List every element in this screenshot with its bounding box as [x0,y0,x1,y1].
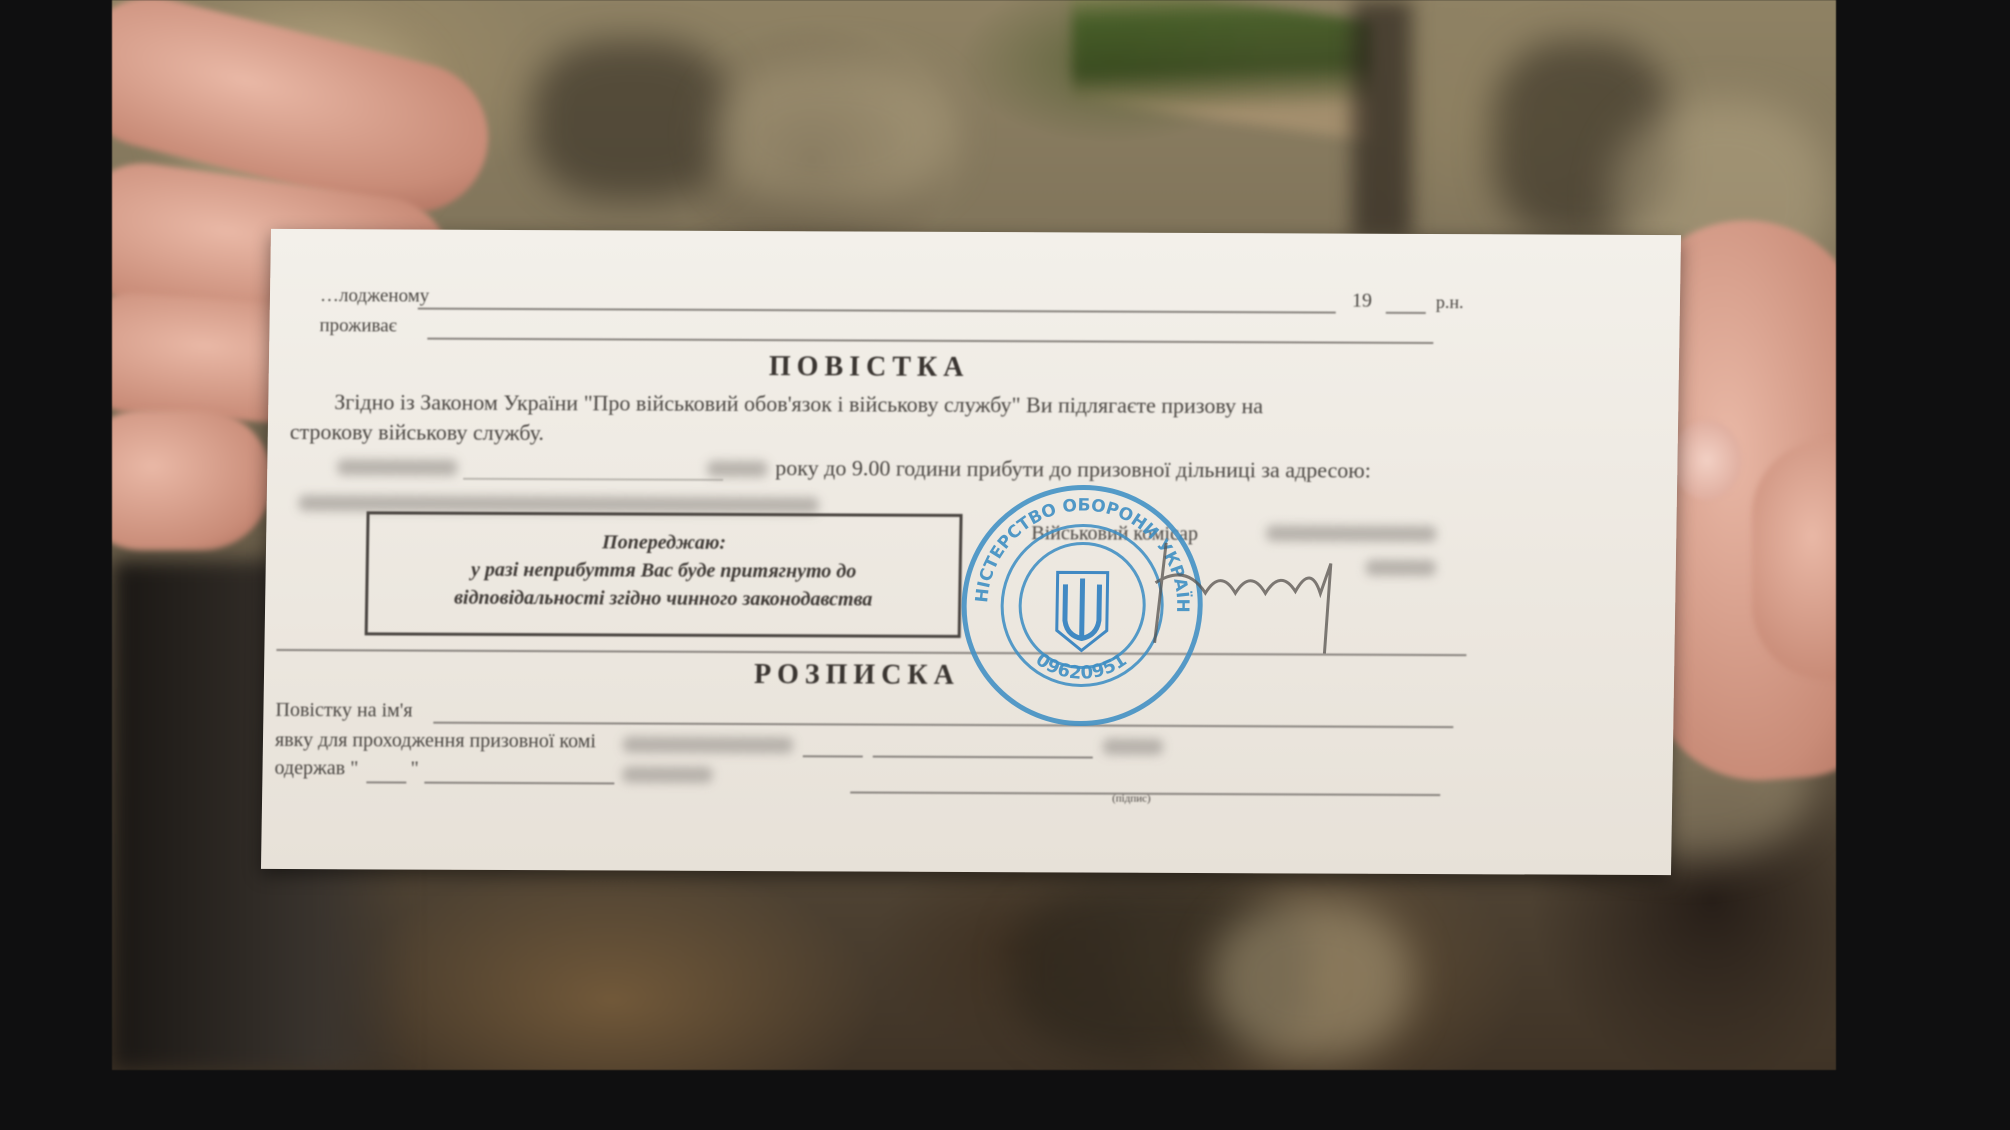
receipt-day-line [803,755,863,757]
redacted-year [1103,739,1163,755]
warning-line-2: відповідальності згідно чинного законода… [368,586,958,612]
header-label-2: проживає [319,315,397,337]
receipt-title: РОЗПИСКА [754,659,960,692]
receipt-line-3: одержав " [274,757,358,780]
body-line-1: Згідно із Законом України "Про військови… [334,389,1263,419]
receipt-name-line [433,722,1453,728]
receipt-received-day-line [366,781,406,783]
birth-year-prefix: 19 [1352,290,1372,313]
redacted-year [707,461,767,477]
date-line [463,478,723,481]
warning-box: Попереджаю: у разі неприбуття Вас буде п… [365,511,963,638]
right-hand-finger [1752,440,1836,680]
camo-patch [712,60,952,210]
header-line-2 [427,338,1433,344]
fingernail [1672,420,1742,500]
uniform-patch [1072,0,1372,141]
summons-document: …лодженому 19 р.н. проживає ПОВІСТКА Згі… [261,229,1681,875]
receipt-quote: " [410,758,419,781]
header-label-1: …лодженому [320,285,430,307]
body-line-3: року до 9.00 години прибути до призовної… [775,455,1371,484]
redacted-receipt-info [623,736,793,753]
camo-patch [1212,900,1412,1060]
redacted-date [337,459,457,476]
header-line-1 [418,308,1336,314]
warning-heading: Попереджаю: [369,530,959,556]
receipt-line-1: Повістку на ім'я [275,699,412,723]
camo-patch [532,40,732,200]
birth-year-suffix: р.н. [1436,292,1464,313]
receipt-month-line [873,756,1093,759]
redacted-year [622,766,712,782]
left-hand-palm [112,410,272,550]
uniform-strap [1352,0,1412,240]
signature-caption: (підпис) [1112,793,1151,805]
receipt-line-2: явку для проходження призовної комі [275,729,596,753]
birth-year-line [1386,312,1426,314]
document-title: ПОВІСТКА [769,351,970,384]
body-line-2: строкову військову службу. [290,419,545,446]
warning-line-1: у разі неприбуття Вас буде притягнуто до [368,558,958,584]
receipt-received-month-line [424,782,614,785]
signature [1124,523,1386,674]
trident-icon [1056,572,1107,650]
